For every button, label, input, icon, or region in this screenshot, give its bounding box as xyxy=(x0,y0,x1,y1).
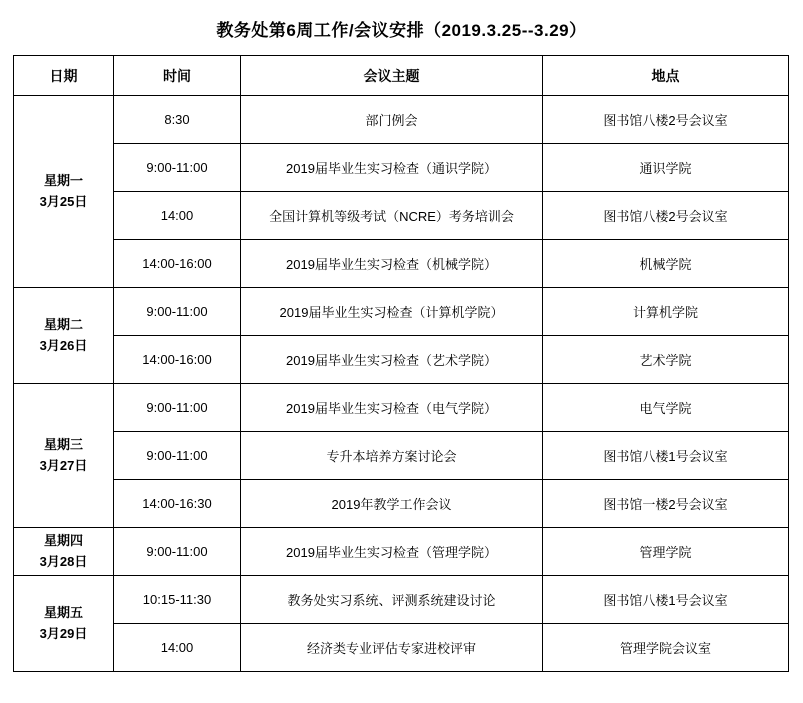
day-label: 星期一 xyxy=(18,171,109,192)
location-cell: 艺术学院 xyxy=(543,336,789,384)
date-cell-thursday: 星期四 3月28日 xyxy=(14,528,114,576)
header-cell-location: 地点 xyxy=(543,56,789,96)
topic-cell: 全国计算机等级考试（NCRE）考务培训会 xyxy=(241,192,543,240)
location-cell: 计算机学院 xyxy=(543,288,789,336)
table-row: 星期五 3月29日 10:15-11:30 教务处实习系统、评测系统建设讨论 图… xyxy=(14,576,789,624)
date-label: 3月27日 xyxy=(18,456,109,477)
date-label: 3月28日 xyxy=(18,552,109,573)
table-row: 星期三 3月27日 9:00-11:00 2019届毕业生实习检查（电气学院） … xyxy=(14,384,789,432)
time-cell: 9:00-11:00 xyxy=(114,384,241,432)
time-cell: 8:30 xyxy=(114,96,241,144)
table-row: 14:00-16:00 2019届毕业生实习检查（艺术学院） 艺术学院 xyxy=(14,336,789,384)
location-cell: 机械学院 xyxy=(543,240,789,288)
table-row: 星期一 3月25日 8:30 部门例会 图书馆八楼2号会议室 xyxy=(14,96,789,144)
location-cell: 图书馆八楼2号会议室 xyxy=(543,96,789,144)
location-cell: 图书馆八楼1号会议室 xyxy=(543,432,789,480)
date-cell-wednesday: 星期三 3月27日 xyxy=(14,384,114,528)
date-label: 3月26日 xyxy=(18,336,109,357)
topic-cell: 2019届毕业生实习检查（计算机学院） xyxy=(241,288,543,336)
date-cell-friday: 星期五 3月29日 xyxy=(14,576,114,672)
time-cell: 9:00-11:00 xyxy=(114,144,241,192)
topic-cell: 教务处实习系统、评测系统建设讨论 xyxy=(241,576,543,624)
date-label: 3月29日 xyxy=(18,624,109,645)
topic-cell: 2019年教学工作会议 xyxy=(241,480,543,528)
day-label: 星期四 xyxy=(18,531,109,552)
topic-cell: 2019届毕业生实习检查（电气学院） xyxy=(241,384,543,432)
time-cell: 14:00-16:00 xyxy=(114,240,241,288)
page-title: 教务处第6周工作/会议安排（2019.3.25--3.29） xyxy=(0,0,803,55)
table-row: 14:00-16:30 2019年教学工作会议 图书馆一楼2号会议室 xyxy=(14,480,789,528)
table-header-row: 日期 时间 会议主题 地点 xyxy=(14,56,789,96)
header-cell-date: 日期 xyxy=(14,56,114,96)
date-label: 3月25日 xyxy=(18,192,109,213)
time-cell: 14:00 xyxy=(114,192,241,240)
date-cell-tuesday: 星期二 3月26日 xyxy=(14,288,114,384)
location-cell: 电气学院 xyxy=(543,384,789,432)
day-label: 星期三 xyxy=(18,435,109,456)
location-cell: 通识学院 xyxy=(543,144,789,192)
table-row: 14:00 全国计算机等级考试（NCRE）考务培训会 图书馆八楼2号会议室 xyxy=(14,192,789,240)
topic-cell: 2019届毕业生实习检查（艺术学院） xyxy=(241,336,543,384)
location-cell: 管理学院会议室 xyxy=(543,624,789,672)
day-label: 星期二 xyxy=(18,315,109,336)
time-cell: 9:00-11:00 xyxy=(114,288,241,336)
topic-cell: 专升本培养方案讨论会 xyxy=(241,432,543,480)
topic-cell: 2019届毕业生实习检查（通识学院） xyxy=(241,144,543,192)
day-label: 星期五 xyxy=(18,603,109,624)
table-row: 14:00-16:00 2019届毕业生实习检查（机械学院） 机械学院 xyxy=(14,240,789,288)
location-cell: 图书馆八楼1号会议室 xyxy=(543,576,789,624)
location-cell: 管理学院 xyxy=(543,528,789,576)
time-cell: 10:15-11:30 xyxy=(114,576,241,624)
topic-cell: 经济类专业评估专家进校评审 xyxy=(241,624,543,672)
table-row: 星期二 3月26日 9:00-11:00 2019届毕业生实习检查（计算机学院）… xyxy=(14,288,789,336)
header-cell-topic: 会议主题 xyxy=(241,56,543,96)
time-cell: 9:00-11:00 xyxy=(114,432,241,480)
time-cell: 14:00-16:00 xyxy=(114,336,241,384)
date-cell-monday: 星期一 3月25日 xyxy=(14,96,114,288)
topic-cell: 2019届毕业生实习检查（机械学院） xyxy=(241,240,543,288)
location-cell: 图书馆一楼2号会议室 xyxy=(543,480,789,528)
table-row: 星期四 3月28日 9:00-11:00 2019届毕业生实习检查（管理学院） … xyxy=(14,528,789,576)
topic-cell: 2019届毕业生实习检查（管理学院） xyxy=(241,528,543,576)
time-cell: 9:00-11:00 xyxy=(114,528,241,576)
topic-cell: 部门例会 xyxy=(241,96,543,144)
table-row: 9:00-11:00 2019届毕业生实习检查（通识学院） 通识学院 xyxy=(14,144,789,192)
page: 教务处第6周工作/会议安排（2019.3.25--3.29） 日期 时间 会议主… xyxy=(0,0,803,703)
header-cell-time: 时间 xyxy=(114,56,241,96)
location-cell: 图书馆八楼2号会议室 xyxy=(543,192,789,240)
time-cell: 14:00-16:30 xyxy=(114,480,241,528)
table-row: 9:00-11:00 专升本培养方案讨论会 图书馆八楼1号会议室 xyxy=(14,432,789,480)
schedule-table: 日期 时间 会议主题 地点 星期一 3月25日 8:30 部门例会 图书馆八楼2… xyxy=(13,55,789,672)
table-row: 14:00 经济类专业评估专家进校评审 管理学院会议室 xyxy=(14,624,789,672)
time-cell: 14:00 xyxy=(114,624,241,672)
